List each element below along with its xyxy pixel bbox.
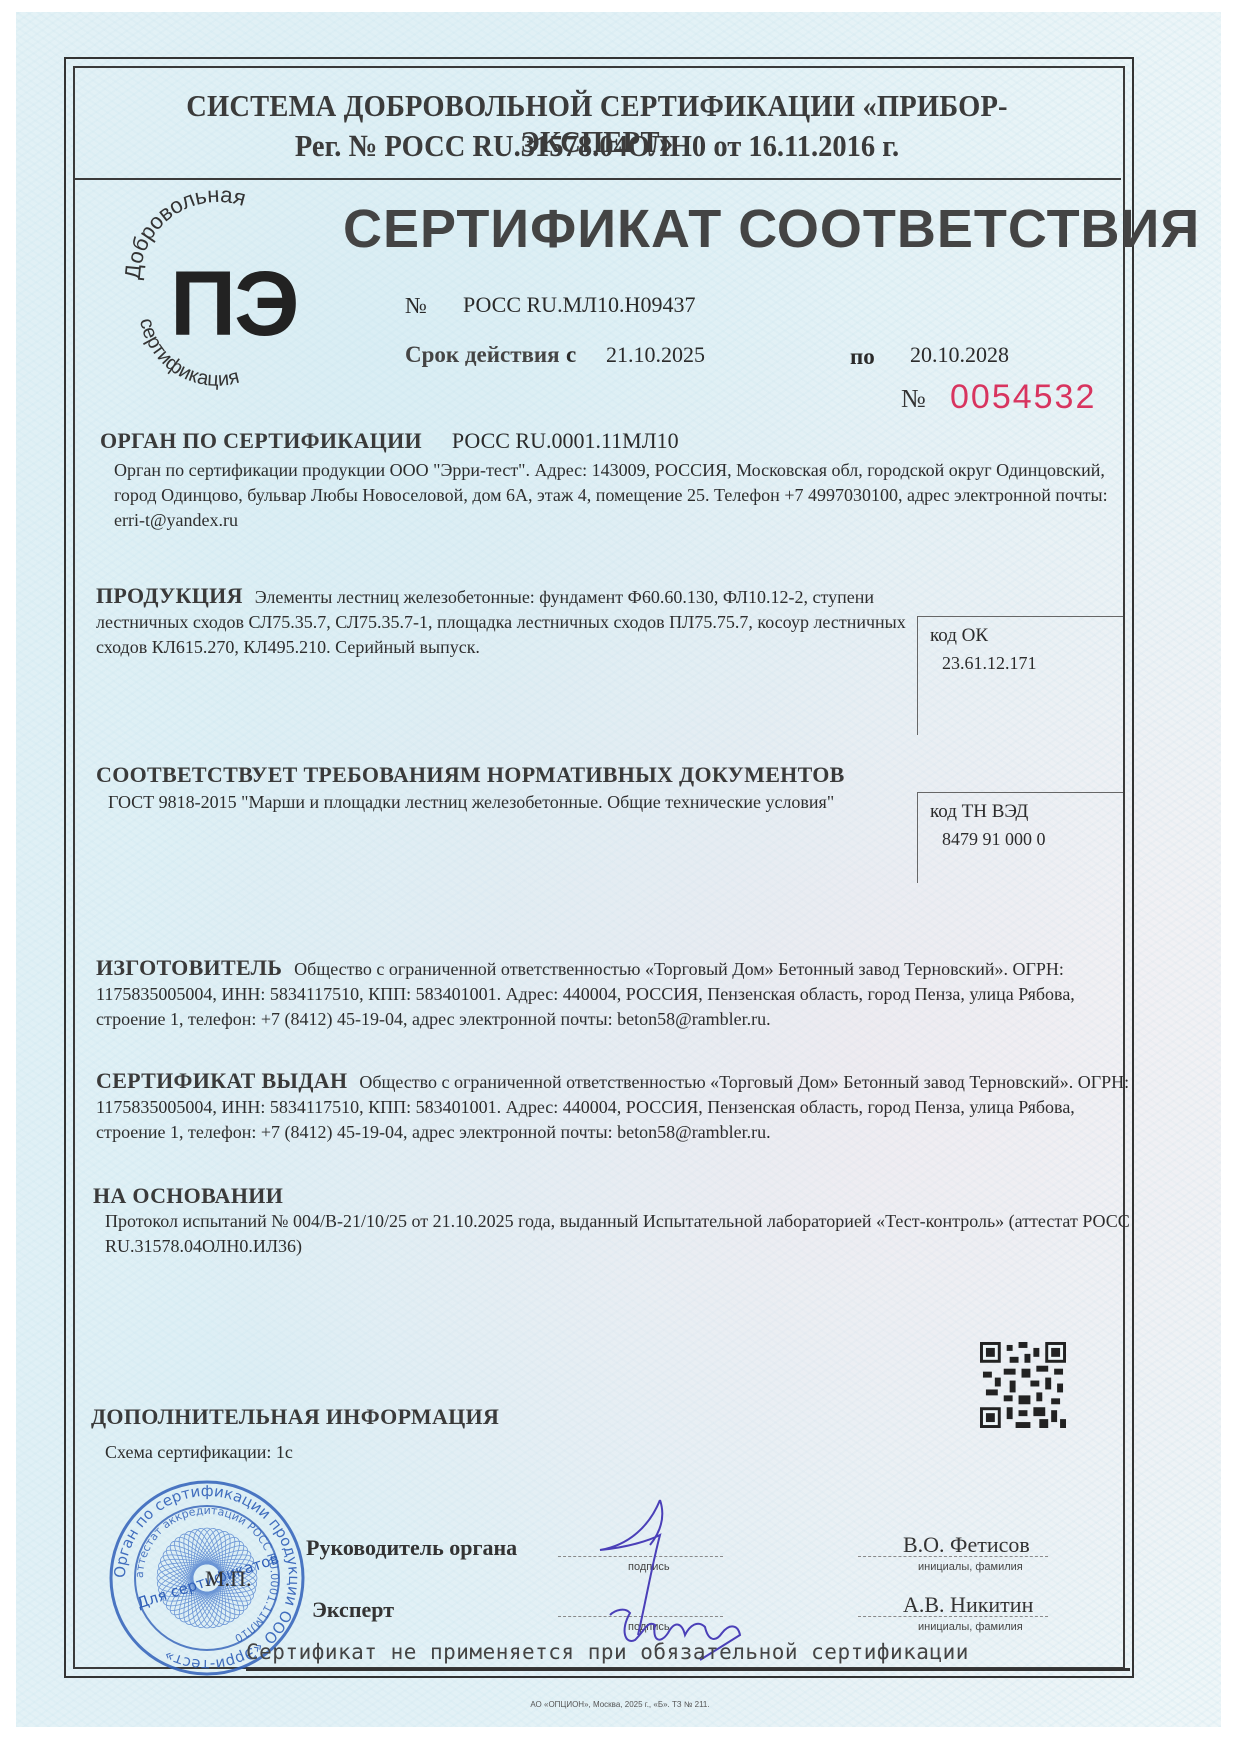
serial-number: 0054532 <box>950 378 1096 417</box>
head-name-line <box>858 1556 1048 1557</box>
validity-from-label: с <box>566 342 576 368</box>
head-name-caption: инициалы, фамилия <box>918 1561 1023 1573</box>
organ-text: Орган по сертификации продукции ООО "Эрр… <box>114 458 1140 533</box>
additional-heading: ДОПОЛНИТЕЛЬНАЯ ИНФОРМАЦИЯ <box>91 1404 499 1430</box>
logo-pe-mark: ПЭ <box>170 252 298 357</box>
certification-body-section: ОРГАН ПО СЕРТИФИКАЦИИРОСС RU.0001.11МЛ10… <box>100 428 1140 533</box>
product-section: ПРОДУКЦИЯ Элементы лестниц железобетонны… <box>96 583 916 660</box>
serial-label: № <box>901 384 926 414</box>
manufacturer-heading: ИЗГОТОВИТЕЛЬ <box>96 955 282 980</box>
printer-imprint: АО «ОПЦИОН», Москва, 2025 г., «Б». ТЗ № … <box>0 1700 1240 1709</box>
product-heading: ПРОДУКЦИЯ <box>96 583 243 608</box>
validity-label: Срок действия <box>405 342 560 368</box>
organ-heading: ОРГАН ПО СЕРТИФИКАЦИИ <box>100 428 422 453</box>
tnved-code-label: код ТН ВЭД <box>930 801 1123 823</box>
certificate-title: СЕРТИФИКАТ СООТВЕТСТВИЯ <box>343 198 1200 260</box>
okpd-code-box: код ОК 23.61.12.171 <box>917 616 1123 735</box>
voluntary-notice: Сертификат не применяется при обязательн… <box>246 1640 969 1664</box>
norms-heading: СООТВЕТСТВУЕТ ТРЕБОВАНИЯМ НОРМАТИВНЫХ ДО… <box>96 762 936 788</box>
manufacturer-section: ИЗГОТОВИТЕЛЬ Общество с ограниченной отв… <box>96 955 1136 1032</box>
pe-logo: Добровольная сертификация ПЭ <box>120 190 310 390</box>
system-header: СИСТЕМА ДОБРОВОЛЬНОЙ СЕРТИФИКАЦИИ «ПРИБО… <box>73 66 1121 180</box>
expert-name-line <box>858 1616 1048 1617</box>
okpd-code-value: 23.61.12.171 <box>942 653 1123 674</box>
number-label: № <box>405 293 427 319</box>
norms-text: ГОСТ 9818-2015 "Марши и площадки лестниц… <box>108 790 908 815</box>
additional-info-section: ДОПОЛНИТЕЛЬНАЯ ИНФОРМАЦИЯ Схема сертифик… <box>91 1404 499 1465</box>
head-name: В.О. Фетисов <box>903 1532 1030 1558</box>
qr-code-icon[interactable] <box>980 1342 1066 1428</box>
issued-to-section: СЕРТИФИКАТ ВЫДАН Общество с ограниченной… <box>96 1068 1136 1145</box>
certificate-number: РОСС RU.МЛ10.Н09437 <box>463 292 695 318</box>
tnved-code-value: 8479 91 000 0 <box>942 829 1123 850</box>
valid-from-date: 21.10.2025 <box>606 342 705 368</box>
system-registration: Рег. № РОСС RU.31578.04ОЛН0 от 16.11.201… <box>115 128 1079 164</box>
valid-to-date: 20.10.2028 <box>910 342 1009 368</box>
expert-name-caption: инициалы, фамилия <box>918 1621 1023 1633</box>
basis-heading: НА ОСНОВАНИИ <box>93 1183 1133 1209</box>
organ-code: РОСС RU.0001.11МЛ10 <box>452 428 679 453</box>
validity-to-label: по <box>850 344 875 370</box>
footer-rule <box>246 1668 1130 1671</box>
expert-label: Эксперт <box>312 1597 394 1623</box>
okpd-code-label: код ОК <box>930 625 1123 647</box>
basis-text: Протокол испытаний № 004/В-21/10/25 от 2… <box>105 1209 1133 1259</box>
issued-to-heading: СЕРТИФИКАТ ВЫДАН <box>96 1068 347 1093</box>
certification-scheme: Схема сертификации: 1с <box>105 1440 499 1465</box>
stamp-place-label: М.П. <box>205 1566 251 1592</box>
tnved-code-box: код ТН ВЭД 8479 91 000 0 <box>917 792 1123 883</box>
basis-section: НА ОСНОВАНИИ Протокол испытаний № 004/В-… <box>93 1183 1133 1259</box>
expert-name: А.В. Никитин <box>903 1592 1033 1618</box>
head-of-body-label: Руководитель органа <box>306 1535 517 1561</box>
norms-section: СООТВЕТСТВУЕТ ТРЕБОВАНИЯМ НОРМАТИВНЫХ ДО… <box>96 762 936 815</box>
